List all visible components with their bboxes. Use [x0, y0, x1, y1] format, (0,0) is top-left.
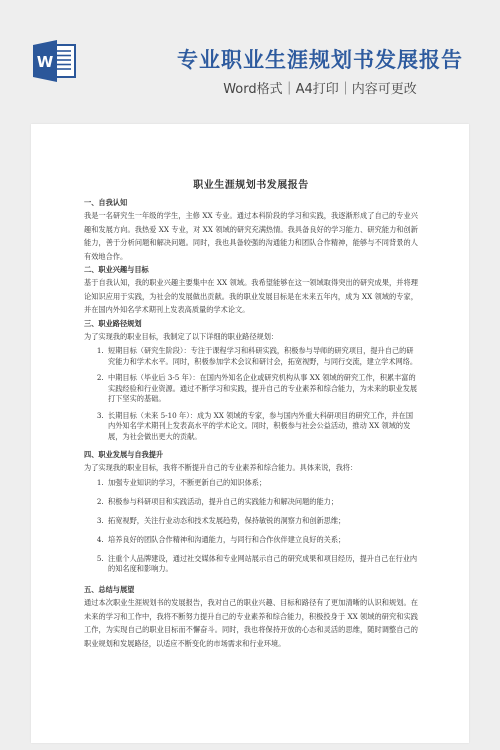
banner-subtitle: Word格式｜A4打印｜内容可更改: [120, 78, 500, 97]
list-item: 培养良好的团队合作精神和沟通能力，与同行和合作伙伴建立良好的关系；: [106, 535, 418, 546]
section-paragraph: 基于自我认知，我的职业兴趣主要集中在 XX 领域。我希望能够在这一领域取得突出的…: [84, 276, 418, 317]
svg-text:W: W: [37, 53, 54, 71]
section-heading-summary: 五、总结与展望: [84, 583, 418, 596]
section-intro: 为了实现我的职业目标，我将不断提升自己的专业素养和综合能力。具体来说，我将：: [84, 461, 418, 475]
word-icon: W: [31, 40, 77, 82]
section-heading-self-improvement: 四、职业发展与自我提升: [84, 448, 418, 461]
document-title: 职业生涯规划书发展报告: [84, 176, 418, 191]
list-item: 注重个人品牌建设，通过社交媒体和专业网站展示自己的研究成果和项目经历，提升自己在…: [106, 554, 418, 575]
document-body: 职业生涯规划书发展报告 一、自我认知 我是一名研究生一年级的学生，主修 XX 专…: [84, 176, 418, 650]
self-improvement-list: 加强专业知识的学习，不断更新自己的知识体系； 积极参与科研项目和实践活动，提升自…: [84, 478, 418, 575]
section-intro: 为了实现我的职业目标，我制定了以下详细的职业路径规划：: [84, 330, 418, 344]
section-paragraph: 我是一名研究生一年级的学生，主修 XX 专业。通过本科阶段的学习和实践，我逐渐形…: [84, 209, 418, 263]
list-item: 中期目标（毕业后 3-5 年）：在国内外知名企业或研究机构从事 XX 领域的研究…: [106, 373, 418, 405]
list-item: 加强专业知识的学习，不断更新自己的知识体系；: [106, 478, 418, 489]
list-item: 积极参与科研项目和实践活动，提升自己的实践能力和解决问题的能力；: [106, 497, 418, 508]
banner: W 专业职业生涯规划书发展报告 Word格式｜A4打印｜内容可更改: [0, 0, 500, 120]
list-item: 拓宽视野，关注行业动态和技术发展趋势，保持敏锐的洞察力和创新思维；: [106, 516, 418, 527]
banner-title: 专业职业生涯规划书发展报告: [120, 44, 500, 74]
section-heading-career-path: 三、职业路径规划: [84, 317, 418, 330]
career-path-list: 短期目标（研究生阶段）：专注于课程学习和科研实践，积极参与导师的研究项目，提升自…: [84, 346, 418, 442]
list-item: 长期目标（未来 5-10 年）：成为 XX 领域的专家，参与国内外重大科研项目的…: [106, 411, 418, 443]
list-item: 短期目标（研究生阶段）：专注于课程学习和科研实践，积极参与导师的研究项目，提升自…: [106, 346, 418, 367]
section-heading-self-awareness: 一、自我认知: [84, 196, 418, 209]
document-page: 职业生涯规划书发展报告 一、自我认知 我是一名研究生一年级的学生，主修 XX 专…: [31, 124, 469, 743]
section-heading-career-interest: 二、职业兴趣与目标: [84, 263, 418, 276]
section-paragraph: 通过本次职业生涯规划书的发展报告，我对自己的职业兴趣、目标和路径有了更加清晰的认…: [84, 596, 418, 650]
